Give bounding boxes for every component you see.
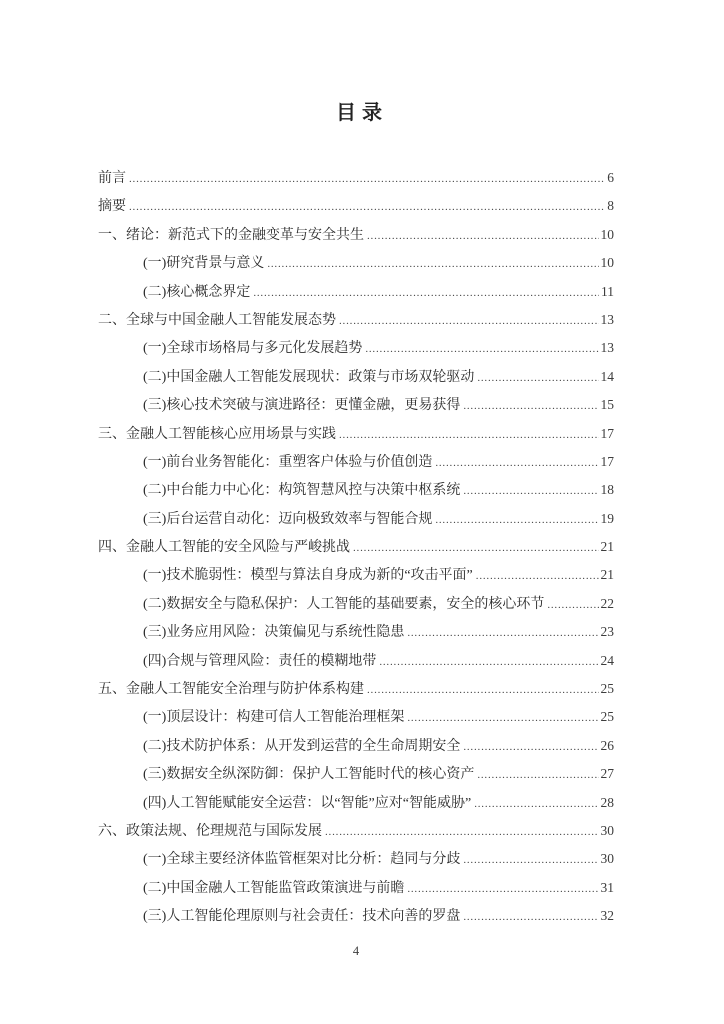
toc-page-number: 13 (601, 334, 615, 362)
toc-entry-label: 摘要 (98, 193, 126, 221)
dot-leader (477, 364, 598, 392)
toc-row[interactable]: (一)前台业务智能化：重塑客户体验与价值创造 17 (98, 448, 614, 476)
toc-entry-label: (二)技术防护体系：从开发到运营的全生命周期安全 (143, 733, 460, 761)
toc-row[interactable]: 六、政策法规、伦理规范与国际发展 30 (98, 817, 614, 845)
toc-entry-label: 五、金融人工智能安全治理与防护体系构建 (98, 676, 364, 704)
toc-page-number: 25 (601, 703, 615, 731)
toc-page-number: 23 (601, 618, 615, 646)
dot-leader (474, 790, 598, 818)
toc-page-number: 18 (601, 476, 615, 504)
toc-entry-label: (一)前台业务智能化：重塑客户体验与价值创造 (143, 449, 432, 477)
toc-entry-label: (四)合规与管理风险：责任的模糊地带 (143, 648, 376, 676)
dot-leader (435, 506, 598, 534)
toc-entry-label: (一)研究背景与意义 (143, 250, 264, 278)
dot-leader (463, 477, 598, 505)
toc-row[interactable]: 前言 6 (98, 164, 614, 192)
toc-entry-label: (一)技术脆弱性：模型与算法自身成为新的“攻击平面” (143, 562, 473, 590)
toc-entry-label: (三)数据安全纵深防御：保护人工智能时代的核心资产 (143, 761, 474, 789)
toc-page-number: 8 (607, 192, 614, 220)
toc-row[interactable]: 一、绪论：新范式下的金融变革与安全共生 10 (98, 221, 614, 249)
toc-page-number: 32 (601, 902, 615, 930)
toc-entry-label: (二)中台能力中心化：构筑智慧风控与决策中枢系统 (143, 477, 460, 505)
toc-page-number: 24 (601, 647, 615, 675)
dot-leader (367, 222, 599, 250)
toc-page-number: 19 (601, 505, 615, 533)
toc-entry-label: (三)业务应用风险：决策偏见与系统性隐患 (143, 619, 404, 647)
toc-page-number: 17 (601, 420, 615, 448)
dot-leader (435, 449, 598, 477)
toc-row[interactable]: (一)研究背景与意义 10 (98, 249, 614, 277)
toc-page-number: 10 (601, 221, 615, 249)
toc-page-number: 13 (601, 306, 615, 334)
toc-row[interactable]: 四、金融人工智能的安全风险与严峻挑战 21 (98, 533, 614, 561)
toc-row[interactable]: (三)业务应用风险：决策偏见与系统性隐患 23 (98, 618, 614, 646)
page-title: 目录 (0, 96, 724, 125)
toc-entry-label: (一)全球主要经济体监管框架对比分析：趋同与分歧 (143, 846, 460, 874)
toc-entry-label: (一)顶层设计：构建可信人工智能治理框架 (143, 704, 404, 732)
toc-page-number: 25 (601, 675, 615, 703)
toc-page-number: 11 (601, 278, 614, 306)
toc-row[interactable]: (二)中台能力中心化：构筑智慧风控与决策中枢系统 18 (98, 476, 614, 504)
toc-page-number: 17 (601, 448, 615, 476)
toc-row[interactable]: (一)全球主要经济体监管框架对比分析：趋同与分歧 30 (98, 845, 614, 873)
toc-row[interactable]: (一)全球市场格局与多元化发展趋势 13 (98, 334, 614, 362)
toc-entry-label: (三)核心技术突破与演进路径：更懂金融，更易获得 (143, 392, 460, 420)
dot-leader (253, 279, 599, 307)
dot-leader (129, 165, 605, 193)
toc-page-number: 30 (601, 845, 615, 873)
dot-leader (339, 307, 599, 335)
dot-leader (365, 335, 598, 363)
toc-entry-label: (二)核心概念界定 (143, 279, 250, 307)
toc-page-number: 10 (601, 249, 615, 277)
toc-entry-label: (二)中国金融人工智能发展现状：政策与市场双轮驱动 (143, 364, 474, 392)
toc-entry-label: 六、政策法规、伦理规范与国际发展 (98, 818, 322, 846)
toc-entry-label: (三)后台运营自动化：迈向极致效率与智能合规 (143, 506, 432, 534)
dot-leader (463, 392, 598, 420)
toc-entry-label: (二)中国金融人工智能监管政策演进与前瞻 (143, 875, 404, 903)
dot-leader (547, 591, 598, 619)
toc-entry-label: 四、金融人工智能的安全风险与严峻挑战 (98, 534, 350, 562)
dot-leader (477, 761, 598, 789)
toc-row[interactable]: (二)核心概念界定 11 (98, 278, 614, 306)
dot-leader (267, 250, 598, 278)
toc-page-number: 14 (601, 363, 615, 391)
toc-row[interactable]: (一)技术脆弱性：模型与算法自身成为新的“攻击平面” 21 (98, 561, 614, 589)
dot-leader (463, 903, 598, 931)
toc-row[interactable]: (二)数据安全与隐私保护：人工智能的基础要素，安全的核心环节 22 (98, 590, 614, 618)
toc-page-number: 31 (601, 874, 615, 902)
dot-leader (353, 534, 599, 562)
toc-entry-label: (三)人工智能伦理原则与社会责任：技术向善的罗盘 (143, 903, 460, 931)
dot-leader (325, 818, 599, 846)
dot-leader (407, 704, 598, 732)
toc-entry-label: 一、绪论：新范式下的金融变革与安全共生 (98, 222, 364, 250)
toc-page-number: 21 (601, 561, 615, 589)
dot-leader (379, 648, 598, 676)
toc-row[interactable]: (三)数据安全纵深防御：保护人工智能时代的核心资产 27 (98, 760, 614, 788)
toc-page-number: 15 (601, 391, 615, 419)
dot-leader (407, 875, 598, 903)
toc-row[interactable]: 三、金融人工智能核心应用场景与实践 17 (98, 420, 614, 448)
toc-row[interactable]: 二、全球与中国金融人工智能发展态势 13 (98, 306, 614, 334)
toc-row[interactable]: (二)中国金融人工智能监管政策演进与前瞻 31 (98, 874, 614, 902)
footer-page-number: 4 (98, 944, 614, 959)
dot-leader (463, 846, 598, 874)
toc-entry-label: 三、金融人工智能核心应用场景与实践 (98, 421, 336, 449)
dot-leader (339, 421, 599, 449)
toc-page-number: 30 (601, 817, 615, 845)
dot-leader (367, 676, 599, 704)
toc-page-number: 22 (601, 590, 615, 618)
toc-page-number: 28 (601, 789, 615, 817)
toc-row[interactable]: (三)人工智能伦理原则与社会责任：技术向善的罗盘 32 (98, 902, 614, 930)
toc-entry-label: (一)全球市场格局与多元化发展趋势 (143, 335, 362, 363)
toc-page-number: 21 (601, 533, 615, 561)
toc-row[interactable]: (二)技术防护体系：从开发到运营的全生命周期安全 26 (98, 732, 614, 760)
toc-list: 前言 6 摘要 8 一、绪论：新范式下的金融变革与安全共生 10 (一)研究背景… (98, 164, 614, 931)
dot-leader (476, 562, 599, 590)
toc-row[interactable]: (四)人工智能赋能安全运营：以“智能”应对“智能威胁” 28 (98, 789, 614, 817)
dot-leader (463, 733, 598, 761)
toc-row[interactable]: (三)后台运营自动化：迈向极致效率与智能合规 19 (98, 505, 614, 533)
toc-row[interactable]: (三)核心技术突破与演进路径：更懂金融，更易获得 15 (98, 391, 614, 419)
toc-entry-label: (四)人工智能赋能安全运营：以“智能”应对“智能威胁” (143, 790, 471, 818)
toc-entry-label: 前言 (98, 165, 126, 193)
toc-page-number: 27 (601, 760, 615, 788)
toc-row[interactable]: (一)顶层设计：构建可信人工智能治理框架 25 (98, 703, 614, 731)
toc-row[interactable]: 五、金融人工智能安全治理与防护体系构建 25 (98, 675, 614, 703)
dot-leader (129, 193, 605, 221)
toc-entry-label: 二、全球与中国金融人工智能发展态势 (98, 307, 336, 335)
toc-entry-label: (二)数据安全与隐私保护：人工智能的基础要素，安全的核心环节 (143, 591, 544, 619)
toc-row[interactable]: 摘要 8 (98, 192, 614, 220)
dot-leader (407, 619, 598, 647)
toc-page-number: 6 (607, 164, 614, 192)
toc-page-number: 26 (601, 732, 615, 760)
toc-row[interactable]: (二)中国金融人工智能发展现状：政策与市场双轮驱动 14 (98, 363, 614, 391)
toc-row[interactable]: (四)合规与管理风险：责任的模糊地带 24 (98, 647, 614, 675)
